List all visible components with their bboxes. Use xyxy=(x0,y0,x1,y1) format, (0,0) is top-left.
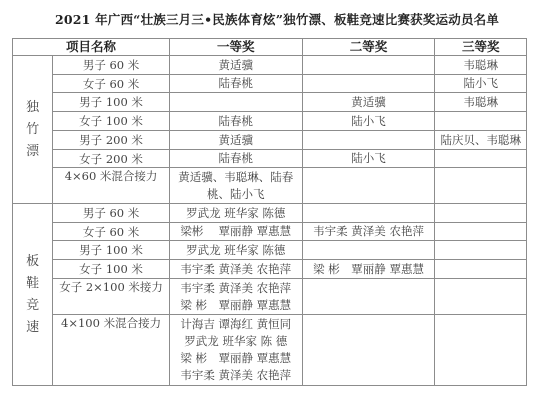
event-cell: 男子 100 米 xyxy=(53,93,170,112)
event-cell: 男子 100 米 xyxy=(53,241,170,260)
event-cell: 女子 100 米 xyxy=(53,260,170,279)
category-cell: 板鞋竞速 xyxy=(13,204,53,386)
winner-names: 陆小飞 xyxy=(305,150,433,167)
third-prize-cell xyxy=(435,168,527,204)
second-prize-cell: 韦宇柔 黄泽美 农艳萍 xyxy=(302,223,435,241)
header-first-prize: 一等奖 xyxy=(169,39,302,56)
first-prize-cell: 陆春桃 xyxy=(169,150,302,168)
first-prize-cell: 陆春桃 xyxy=(169,75,302,93)
second-prize-cell: 黄适骥 xyxy=(302,93,435,112)
category-char: 板 xyxy=(15,251,50,273)
second-prize-cell: 梁 彬 覃丽静 覃惠慧 xyxy=(302,260,435,279)
event-cell: 女子 100 米 xyxy=(53,112,170,131)
table-row: 女子 100 米韦宇柔 黄泽美 农艳萍梁 彬 覃丽静 覃惠慧 xyxy=(13,260,527,279)
second-prize-cell xyxy=(302,75,435,93)
winner-names: 黄适骥 xyxy=(172,132,300,149)
second-prize-cell: 陆小飞 xyxy=(302,150,435,168)
first-prize-cell: 计海吉 谭海红 黄恒同罗武龙 班华家 陈 德梁 彬 覃丽静 覃惠慧韦宇柔 黄泽美… xyxy=(169,315,302,386)
third-prize-cell xyxy=(435,260,527,279)
category-cell: 独竹漂 xyxy=(13,56,53,204)
second-prize-cell xyxy=(302,315,435,386)
table-row: 板鞋竞速男子 60 米罗武龙 班华家 陈德 xyxy=(13,204,527,223)
table-row: 4×60 米混合接力黄适骥、韦聪琳、陆春桃、陆小飞 xyxy=(13,168,527,204)
table-row: 女子 60 米梁彬 覃丽静 覃惠慧韦宇柔 黄泽美 农艳萍 xyxy=(13,223,527,241)
winner-names: 陆春桃 xyxy=(172,150,300,167)
first-prize-cell: 罗武龙 班华家 陈德 xyxy=(169,241,302,260)
category-char: 漂 xyxy=(15,141,50,163)
winner-names: 梁彬 覃丽静 覃惠慧 xyxy=(172,223,300,240)
event-cell: 男子 60 米 xyxy=(53,204,170,223)
second-prize-cell xyxy=(302,241,435,260)
first-prize-cell xyxy=(169,93,302,112)
winner-names: 韦宇柔 黄泽美 农艳萍 xyxy=(172,280,300,297)
event-cell: 女子 60 米 xyxy=(53,75,170,93)
third-prize-cell xyxy=(435,112,527,131)
third-prize-cell xyxy=(435,279,527,315)
table-row: 男子 100 米黄适骥韦聪琳 xyxy=(13,93,527,112)
winner-names: 陆春桃 xyxy=(172,113,300,130)
third-prize-cell xyxy=(435,315,527,386)
winner-names: 罗武龙 班华家 陈德 xyxy=(172,242,300,259)
winner-names: 黄适骥 xyxy=(172,57,300,74)
table-row: 男子 100 米罗武龙 班华家 陈德 xyxy=(13,241,527,260)
third-prize-cell: 韦聪琳 xyxy=(435,56,527,75)
third-prize-cell: 陆小飞 xyxy=(435,75,527,93)
header-event: 项目名称 xyxy=(13,39,170,56)
event-cell: 4×100 米混合接力 xyxy=(53,315,170,386)
winner-names: 韦宇柔 黄泽美 农艳萍 xyxy=(305,223,433,240)
event-cell: 男子 200 米 xyxy=(53,131,170,150)
winner-names: 黄适骥 xyxy=(305,94,433,111)
award-table: 项目名称 一等奖 二等奖 三等奖 独竹漂男子 60 米黄适骥韦聪琳女子 60 米… xyxy=(12,38,527,386)
category-char: 速 xyxy=(15,317,50,339)
event-cell: 女子 2×100 米接力 xyxy=(53,279,170,315)
winner-names: 梁 彬 覃丽静 覃惠慧 xyxy=(172,350,300,367)
winner-names: 梁 彬 覃丽静 覃惠慧 xyxy=(172,297,300,314)
winner-names: 陆春桃 xyxy=(172,75,300,92)
second-prize-cell xyxy=(302,131,435,150)
second-prize-cell xyxy=(302,204,435,223)
first-prize-cell: 黄适骥 xyxy=(169,131,302,150)
winner-names: 韦聪琳 xyxy=(437,57,524,74)
winner-names: 梁 彬 覃丽静 覃惠慧 xyxy=(305,261,433,278)
first-prize-cell: 黄适骥、韦聪琳、陆春桃、陆小飞 xyxy=(169,168,302,204)
second-prize-cell: 陆小飞 xyxy=(302,112,435,131)
table-row: 4×100 米混合接力计海吉 谭海红 黄恒同罗武龙 班华家 陈 德梁 彬 覃丽静… xyxy=(13,315,527,386)
document-title: 2021 年广西“壮族三月三•民族体育炫”独竹漂、板鞋竞速比赛获奖运动员名单 xyxy=(0,10,554,28)
first-prize-cell: 黄适骥 xyxy=(169,56,302,75)
header-second-prize: 二等奖 xyxy=(302,39,435,56)
first-prize-cell: 陆春桃 xyxy=(169,112,302,131)
first-prize-cell: 罗武龙 班华家 陈德 xyxy=(169,204,302,223)
third-prize-cell xyxy=(435,204,527,223)
event-cell: 女子 200 米 xyxy=(53,150,170,168)
event-cell: 女子 60 米 xyxy=(53,223,170,241)
table-row: 男子 200 米黄适骥陆庆贝、韦聪琳 xyxy=(13,131,527,150)
category-char: 竹 xyxy=(15,119,50,141)
third-prize-cell: 陆庆贝、韦聪琳 xyxy=(435,131,527,150)
winner-names: 韦宇柔 黄泽美 农艳萍 xyxy=(172,261,300,278)
header-third-prize: 三等奖 xyxy=(435,39,527,56)
winner-names: 陆小飞 xyxy=(305,113,433,130)
category-char: 独 xyxy=(15,97,50,119)
winner-names: 桃、陆小飞 xyxy=(172,186,300,203)
winner-names: 韦聪琳 xyxy=(437,94,524,111)
winner-names: 计海吉 谭海红 黄恒同 xyxy=(172,316,300,333)
third-prize-cell: 韦聪琳 xyxy=(435,93,527,112)
second-prize-cell xyxy=(302,168,435,204)
second-prize-cell xyxy=(302,56,435,75)
first-prize-cell: 韦宇柔 黄泽美 农艳萍梁 彬 覃丽静 覃惠慧 xyxy=(169,279,302,315)
winner-names: 韦宇柔 黄泽美 农艳萍 xyxy=(172,367,300,384)
table-row: 独竹漂男子 60 米黄适骥韦聪琳 xyxy=(13,56,527,75)
third-prize-cell xyxy=(435,223,527,241)
category-char: 鞋 xyxy=(15,273,50,295)
event-cell: 4×60 米混合接力 xyxy=(53,168,170,204)
winner-names: 罗武龙 班华家 陈德 xyxy=(172,205,300,222)
table-row: 女子 200 米陆春桃陆小飞 xyxy=(13,150,527,168)
category-char: 竞 xyxy=(15,295,50,317)
first-prize-cell: 韦宇柔 黄泽美 农艳萍 xyxy=(169,260,302,279)
second-prize-cell xyxy=(302,279,435,315)
third-prize-cell xyxy=(435,241,527,260)
table-row: 女子 2×100 米接力韦宇柔 黄泽美 农艳萍梁 彬 覃丽静 覃惠慧 xyxy=(13,279,527,315)
winner-names: 陆小飞 xyxy=(437,75,524,92)
table-row: 女子 60 米陆春桃陆小飞 xyxy=(13,75,527,93)
first-prize-cell: 梁彬 覃丽静 覃惠慧 xyxy=(169,223,302,241)
winner-names: 罗武龙 班华家 陈 德 xyxy=(172,333,300,350)
event-cell: 男子 60 米 xyxy=(53,56,170,75)
award-table-body: 独竹漂男子 60 米黄适骥韦聪琳女子 60 米陆春桃陆小飞男子 100 米黄适骥… xyxy=(13,56,527,386)
table-row: 女子 100 米陆春桃陆小飞 xyxy=(13,112,527,131)
third-prize-cell xyxy=(435,150,527,168)
winner-names: 陆庆贝、韦聪琳 xyxy=(437,132,524,149)
header-row: 项目名称 一等奖 二等奖 三等奖 xyxy=(13,39,527,56)
winner-names: 黄适骥、韦聪琳、陆春 xyxy=(172,169,300,186)
